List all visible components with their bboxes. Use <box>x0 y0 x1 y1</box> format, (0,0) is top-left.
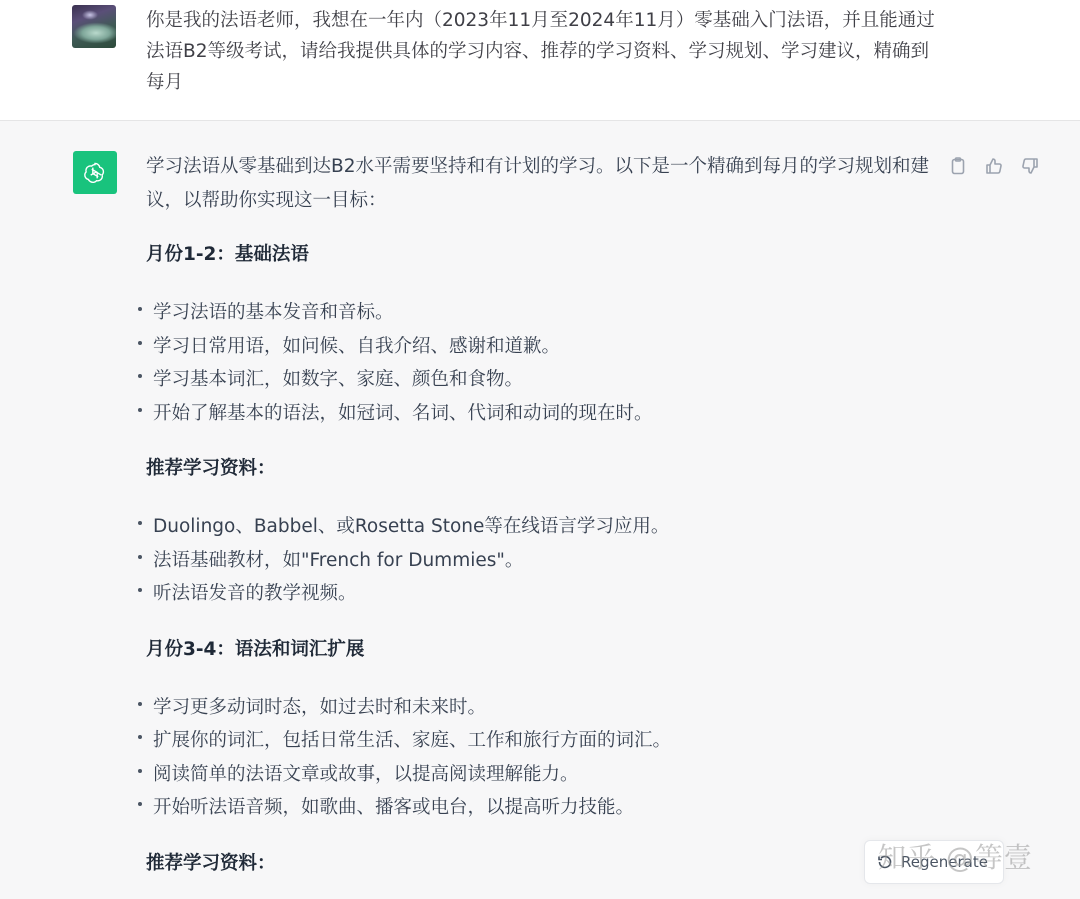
user-avatar <box>72 5 116 48</box>
list-item: 扩展你的词汇，包括日常生活、家庭、工作和旅行方面的词汇。 <box>146 724 946 758</box>
regenerate-button[interactable]: Regenerate <box>864 840 1004 884</box>
list-item: Duolingo、Babbel、或Rosetta Stone等在线语言学习应用。 <box>146 510 946 544</box>
section-heading: 月份1-2：基础法语 <box>146 240 946 270</box>
section-heading: 推荐学习资料： <box>146 454 946 484</box>
list-item: 学习更多动词时态，如过去时和未来时。 <box>146 691 946 725</box>
message-actions <box>948 154 1040 178</box>
section-heading: 月份3-4：语法和词汇扩展 <box>146 635 946 665</box>
bullet-list: 学习法语的基本发音和音标。 学习日常用语，如问候、自我介绍、感谢和道歉。 学习基… <box>146 296 946 430</box>
user-message-text: 你是我的法语老师，我想在一年内（2023年11月至2024年11月）零基础入门法… <box>146 5 936 98</box>
assistant-intro: 学习法语从零基础到达B2水平需要坚持和有计划的学习。以下是一个精确到每月的学习规… <box>146 150 946 218</box>
copy-icon[interactable] <box>948 156 968 176</box>
assistant-avatar <box>73 151 117 194</box>
refresh-icon <box>877 854 893 870</box>
thumbs-up-icon[interactable] <box>984 156 1004 176</box>
list-item: 听法语发音的教学视频。 <box>146 577 946 611</box>
bullet-list: Duolingo、Babbel、或Rosetta Stone等在线语言学习应用。… <box>146 510 946 611</box>
assistant-message-content: 学习法语从零基础到达B2水平需要坚持和有计划的学习。以下是一个精确到每月的学习规… <box>146 150 946 879</box>
openai-logo-icon <box>82 160 108 186</box>
list-item: 学习法语的基本发音和音标。 <box>146 296 946 330</box>
list-item: 法语基础教材，如"French for Dummies"。 <box>146 544 946 578</box>
section-heading: 推荐学习资料： <box>146 849 946 879</box>
assistant-message-row: 学习法语从零基础到达B2水平需要坚持和有计划的学习。以下是一个精确到每月的学习规… <box>0 122 1080 899</box>
list-item: 学习日常用语，如问候、自我介绍、感谢和道歉。 <box>146 330 946 364</box>
bullet-list: 学习更多动词时态，如过去时和未来时。 扩展你的词汇，包括日常生活、家庭、工作和旅… <box>146 691 946 825</box>
list-item: 开始听法语音频，如歌曲、播客或电台，以提高听力技能。 <box>146 791 946 825</box>
list-item: 开始了解基本的语法，如冠词、名词、代词和动词的现在时。 <box>146 397 946 431</box>
thumbs-down-icon[interactable] <box>1020 156 1040 176</box>
list-item: 学习基本词汇，如数字、家庭、颜色和食物。 <box>146 363 946 397</box>
list-item: 阅读简单的法语文章或故事，以提高阅读理解能力。 <box>146 758 946 792</box>
regenerate-label: Regenerate <box>901 853 988 871</box>
user-message-row: 你是我的法语老师，我想在一年内（2023年11月至2024年11月）零基础入门法… <box>0 0 1080 121</box>
